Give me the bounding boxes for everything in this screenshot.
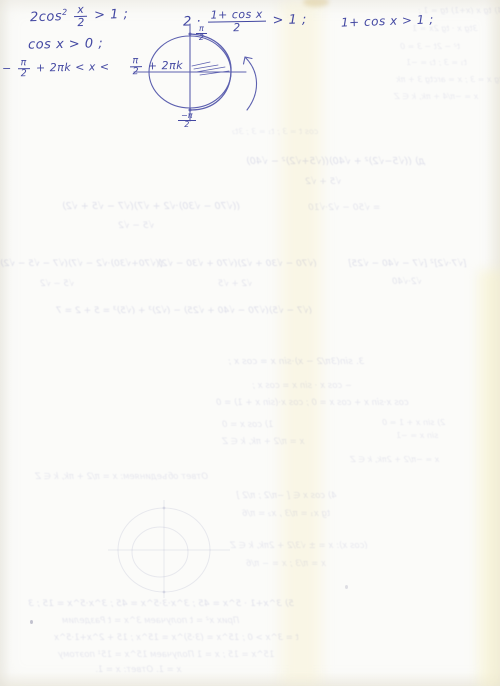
- bleedthrough-text-line: x = −π/4 + πk, k ∈ Z: [394, 92, 478, 101]
- bleedthrough-text-line: t₁ = 3 ; t₂ = −1: [406, 58, 467, 67]
- bleedthrough-text-line: 2) sin x + 1 = 0: [382, 418, 445, 427]
- bleedthrough-text-line: 3. sin(3π/2 − x)·sin x = cos x ;: [228, 357, 364, 367]
- bleedthrough-text-line: x = π/2 + πk, k ∈ Z: [222, 437, 304, 447]
- paper-stain-right-edge: [478, 270, 500, 686]
- exponent: 2: [62, 8, 68, 17]
- scanned-page: 4) tg x (x+1) tg = 1 ;3tg x · tg 2x = 1t…: [0, 0, 500, 686]
- bleedthrough-text-line: x = −π/2 + 2πk, k ∈ Z: [350, 455, 439, 464]
- bleedthrough-text-line: ((√70+√30)·√2 − √7)(√7 − √5 − √2): [0, 259, 163, 269]
- bleedthrough-text-line: tg x = 3 ; x = arctg 3 + πk: [396, 75, 500, 84]
- minus-sign: −: [2, 62, 12, 75]
- bleedthrough-text-line: √5 − √2: [40, 279, 74, 289]
- bleedthrough-text-line: tg x₁ = π/3 , x₂ = π/6: [242, 509, 330, 519]
- rotation-arrow-arc: [245, 57, 257, 110]
- inequality-2cos2-half: 2cos2 x 2 > 1 ;: [30, 2, 129, 30]
- hatching-shaded-region: [192, 62, 229, 75]
- bleedthrough-text-line: sin x = −1: [396, 431, 438, 440]
- bleedthrough-text-line: 15^x = 15 ; x = 1 Получаем 15^x = 15¹ по…: [58, 650, 274, 660]
- bleedthrough-text-line: = √50 − √2·√10: [308, 203, 380, 213]
- bleedthrough-text-line: 4) cos x ∈ [ −π/2 ; π/2 ]: [236, 491, 336, 501]
- bleedthrough-text-line: д) ((√5−√2)² + √40)((√5+√2)² − √40): [246, 156, 425, 167]
- interval-middle: + 2πk < x <: [36, 60, 110, 74]
- bleedthrough-text-line: − cos x · sin x = cos x ;: [252, 381, 352, 391]
- bleedthrough-text-line: t = 3^x > 0 ; 15^x = (3·5)^x = 15^x ; 15…: [54, 633, 299, 643]
- ink-speck: [30, 620, 33, 624]
- bleedthrough-text-line: cos x·sin x + cos x = 0 ; cos x·(sin x +…: [216, 398, 409, 408]
- term: 2cos: [30, 9, 63, 25]
- ink-speck: [345, 585, 348, 589]
- bleedthrough-text-line: x = 1. Ответ: x = 1.: [95, 665, 181, 675]
- bleedthrough-text-line: Ответ объединяем: x = π/2 + πk, k ∈ Z: [35, 472, 208, 482]
- paper-stain-vertical: [281, 0, 321, 686]
- inequality-cos-positive: cos x > 0 ;: [28, 36, 103, 52]
- circle-label-minus-pi-over-2: −π 2: [178, 112, 196, 130]
- bleedthrough-text-line: (√70 − √30 + √2)(√70 + √30 − √2): [158, 259, 317, 269]
- bleedthrough-text-line: √2 + √5: [218, 279, 252, 289]
- bleedthrough-text-line: t² − 2t − 3 = 0: [400, 42, 460, 51]
- fraction-x-over-2: x 2: [74, 4, 88, 29]
- bleedthrough-text-line: Прих x² = t получаем 3^x = t Разделим: [62, 616, 239, 626]
- bleedthrough-text-line: 5) 3^x+1 · 5^x = 45 ; 3^x·3·5^x = 45 ; 3…: [28, 599, 294, 609]
- bleedthrough-text-line: √5 − √2: [118, 221, 154, 231]
- comparison: > 1 ;: [272, 12, 307, 28]
- bleedthrough-text-line: 1) cos x = 0: [222, 420, 273, 430]
- bleedthrough-text-line: √5 + √2: [305, 177, 341, 187]
- circle-label-pi-over-2: π 2: [196, 25, 207, 43]
- comparison: > 1 ;: [94, 7, 129, 23]
- point-pi-over-2: [189, 33, 192, 36]
- bleedthrough-text-line: (√7 − √5)(√70 − √40 + √25) − (√2)³ + (√5…: [56, 306, 312, 316]
- bleedthrough-text-line: x = π/3 ; x = − π/6: [246, 559, 326, 569]
- bleedthrough-text-line: [√7·√2]² [√7 − √40 − √25]: [348, 259, 467, 269]
- bleedthrough-text-line: ((√70 − √30)·√2 + √7)(√7 − √5 + √2): [62, 201, 240, 212]
- bleedthrough-text-line: (cos x): x = ± √3/2 + 2πk, k ∈ Z: [230, 541, 368, 551]
- fraction-pi-over-2-left: π 2: [18, 58, 31, 79]
- bleedthrough-circle: [100, 495, 235, 600]
- bleedthrough-text-line: √2·√40: [392, 277, 422, 287]
